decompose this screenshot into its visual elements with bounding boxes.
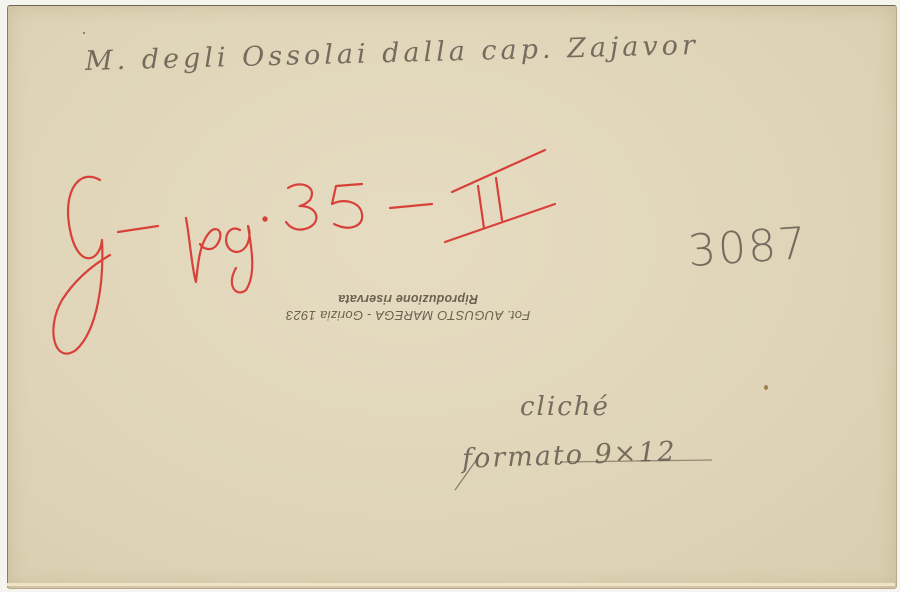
- foxing-spot: [83, 32, 85, 34]
- note-underline: [0, 0, 900, 592]
- foxing-spot: [764, 385, 768, 390]
